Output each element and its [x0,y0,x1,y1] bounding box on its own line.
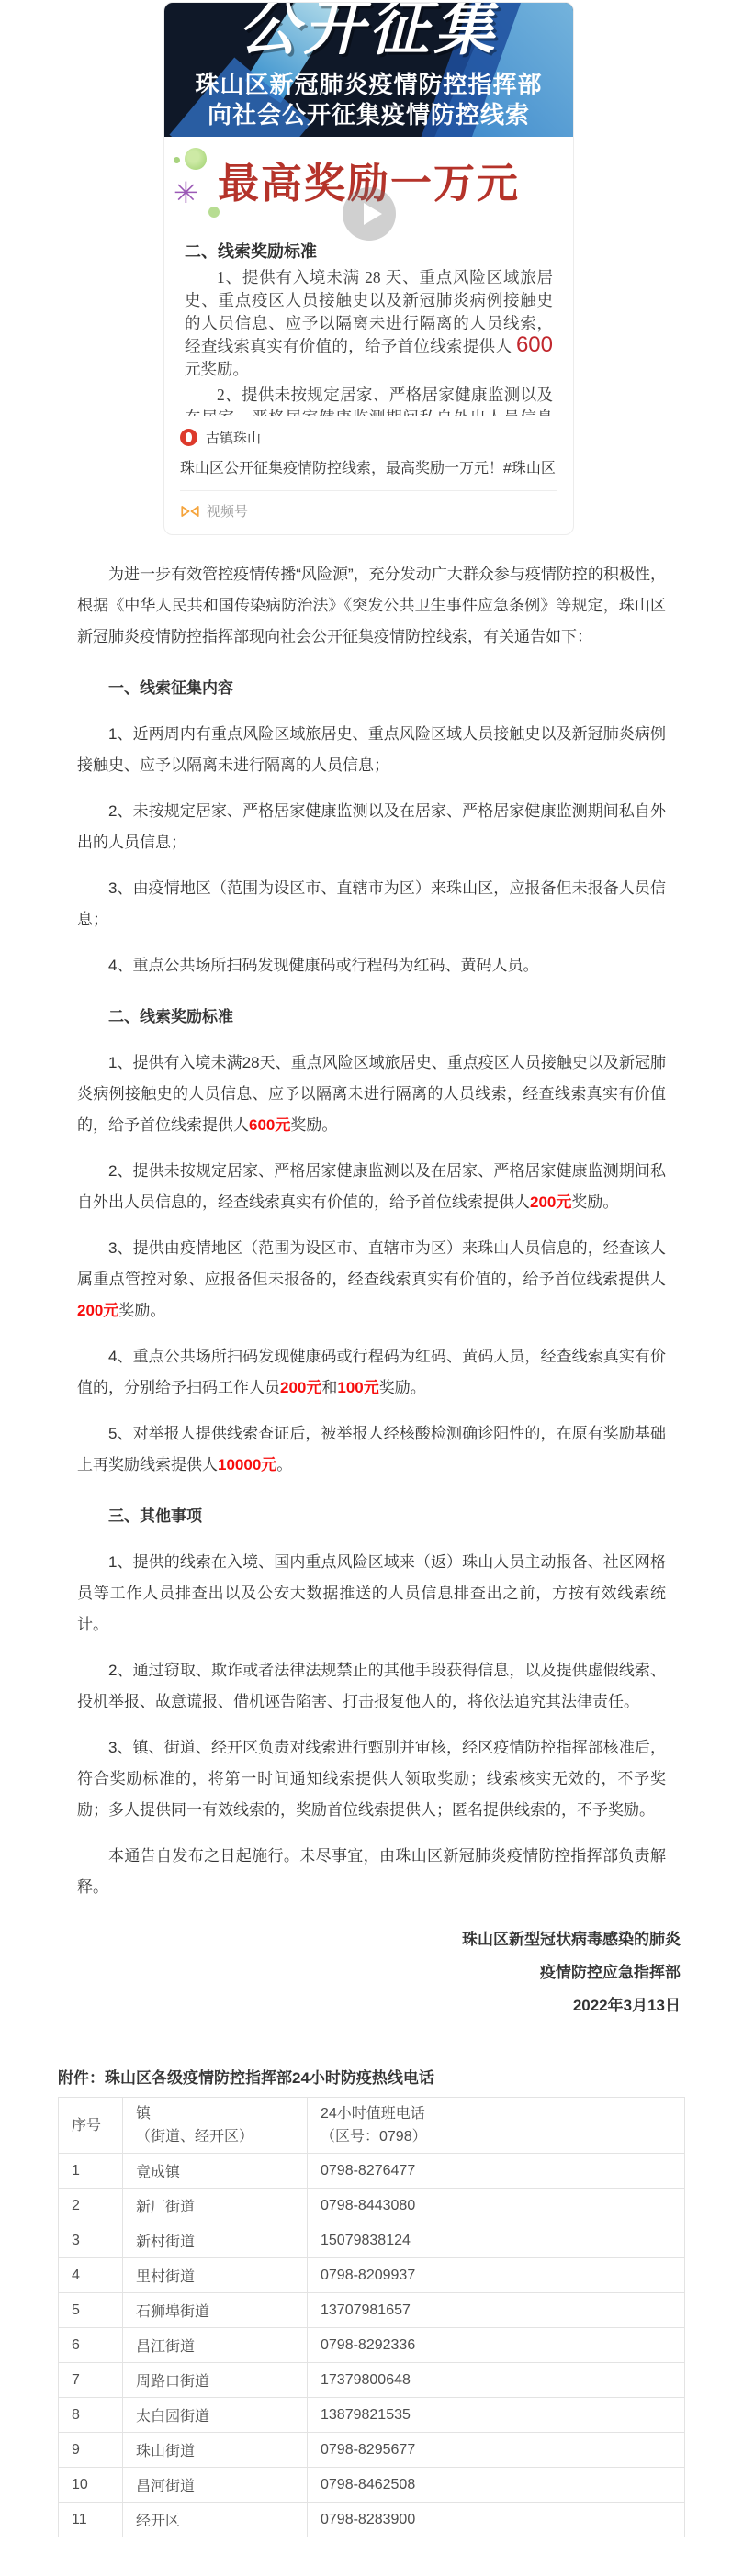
table-cell: 4 [59,2258,123,2293]
table-cell: 里村街道 [123,2258,308,2293]
table-row: 1竟成镇0798-8276477 [59,2154,685,2189]
table-cell: 0798-8283900 [308,2503,685,2537]
hotline-table: 序号镇（街道、经开区）24小时值班电话（区号：0798） 1竟成镇0798-82… [58,2097,685,2537]
poster-doc-heading: 二、线索奖励标准 [185,241,553,263]
video-title[interactable]: 珠山区公开征集疫情防控线索，最高奖励一万元！#珠山区 #景德镇... [180,456,557,477]
poster-doc-paragraph: 1、提供有入境未满 28 天、重点风险区域旅居史、重点疫区人员接触史以及新冠肺炎… [185,266,553,381]
table-cell: 经开区 [123,2503,308,2537]
text-segment: 。 [276,1456,292,1473]
table-cell: 2 [59,2189,123,2223]
table-cell: 7 [59,2363,123,2398]
table-cell: 6 [59,2328,123,2363]
text-segment: 1、提供有入境未满 28 天、重点风险区域旅居史、重点疫区人员接触史以及新冠肺炎… [185,268,553,355]
channel-entry[interactable]: 视频号 [180,501,557,521]
reward-amount: 10000元 [218,1456,276,1473]
table-row: 9珠山街道0798-8295677 [59,2433,685,2468]
table-cell: 0798-8295677 [308,2433,685,2468]
paragraph: 本通告自发布之日起施行。未尽事宜，由珠山区新冠肺炎疫情防控指挥部负责解释。 [77,1841,666,1903]
poster-header: 公开征集 珠山区新冠肺炎疫情防控指挥部 向社会公开征集疫情防控线索 [164,3,573,137]
text-segment: 1、近两周内有重点风险区域旅居史、重点风险区域人员接触史以及新冠肺炎病例接触史、… [77,725,666,774]
text-segment: 和 [321,1379,337,1396]
text-segment: 二、线索奖励标准 [108,1008,233,1025]
table-header-row: 序号镇（街道、经开区）24小时值班电话（区号：0798） [59,2098,685,2154]
poster-subtitle-2: 向社会公开征集疫情防控线索 [164,100,573,130]
section-heading: 一、线索征集内容 [77,673,666,704]
table-row: 8太白园街道13879821535 [59,2398,685,2433]
section-heading: 二、线索奖励标准 [77,1002,666,1033]
article-page: 公开征集 珠山区新冠肺炎疫情防控指挥部 向社会公开征集疫情防控线索 最高奖励一万… [0,2,743,2576]
reward-amount: 100元 [337,1379,378,1396]
table-cell: 昌江街道 [123,2328,308,2363]
card-divider [180,490,557,491]
video-card-info: 古镇珠山 珠山区公开征集疫情防控线索，最高奖励一万元！#珠山区 #景德镇... … [164,416,573,534]
signature-line: 疫情防控应急指挥部 [58,1956,681,1989]
article-content: 为进一步有效管控疫情传播“风险源”，充分发动广大群众参与疫情防控的积极性，根据《… [58,559,685,2537]
table-row: 7周路口街道17379800648 [59,2363,685,2398]
text-segment: 2、提供未按规定居家、严格居家健康监测以及在居家、严格居家健康监测期间私自外出人… [185,386,553,416]
table-cell: 5 [59,2293,123,2328]
table-cell: 0798-8462508 [308,2468,685,2503]
table-cell: 15079838124 [308,2223,685,2258]
paragraph: 2、通过窃取、欺诈或者法律法规禁止的其他手段获得信息，以及提供虚假线索、投机举报… [77,1655,666,1718]
text-segment: 为进一步有效管控疫情传播“风险源”，充分发动广大群众参与疫情防控的积极性，根据《… [77,566,666,645]
paragraph: 2、提供未按规定居家、严格居家健康监测以及在居家、严格居家健康监测期间私自外出人… [77,1156,666,1218]
poster-doc: 二、线索奖励标准 1、提供有入境未满 28 天、重点风险区域旅居史、重点疫区人员… [185,241,553,416]
table-cell: 0798-8292336 [308,2328,685,2363]
video-card[interactable]: 公开征集 珠山区新冠肺炎疫情防控指挥部 向社会公开征集疫情防控线索 最高奖励一万… [163,2,574,535]
text-segment: 5、对举报人提供线索查证后，被举报人经核酸检测确诊阳性的，在原有奖励基础上再奖励… [77,1425,666,1473]
text-segment: 本通告自发布之日起施行。未尽事宜，由珠山区新冠肺炎疫情防控指挥部负责解释。 [77,1847,666,1896]
article-body: 为进一步有效管控疫情传播“风险源”，充分发动广大群众参与疫情防控的积极性，根据《… [58,559,685,1903]
table-header-cell: 镇（街道、经开区） [123,2098,308,2154]
wechat-channels-icon [180,504,200,519]
bottom-spacer [0,2537,743,2576]
text-segment: 4、重点公共场所扫码发现健康码或行程码为红码、黄码人员。 [108,957,538,974]
table-cell: 珠山街道 [123,2433,308,2468]
text-segment: 奖励。 [290,1116,337,1134]
signature-block: 珠山区新型冠状病毒感染的肺炎疫情防控应急指挥部2022年3月13日 [58,1918,685,2022]
video-thumbnail: 公开征集 珠山区新冠肺炎疫情防控指挥部 向社会公开征集疫情防控线索 最高奖励一万… [164,3,573,416]
text-segment: 2、通过窃取、欺诈或者法律法规禁止的其他手段获得信息，以及提供虚假线索、投机举报… [77,1662,666,1710]
table-cell: 新村街道 [123,2223,308,2258]
paragraph: 3、提供由疫情地区（范围为设区市、直辖市为区）来珠山人员信息的，经查该人属重点管… [77,1233,666,1327]
paragraph: 4、重点公共场所扫码发现健康码或行程码为红码、黄码人员。 [77,950,666,981]
table-cell: 10 [59,2468,123,2503]
paragraph: 2、未按规定居家、严格居家健康监测以及在居家、严格居家健康监测期间私自外出的人员… [77,796,666,858]
table-cell: 17379800648 [308,2363,685,2398]
text-segment: 奖励。 [118,1302,165,1319]
table-cell: 13707981657 [308,2293,685,2328]
table-row: 6昌江街道0798-8292336 [59,2328,685,2363]
paragraph: 3、镇、街道、经开区负责对线索进行甄别并审核，经区疫情防控指挥部核准后，符合奖励… [77,1732,666,1826]
table-row: 4里村街道0798-8209937 [59,2258,685,2293]
poster-subtitle-1: 珠山区新冠肺炎疫情防控指挥部 [164,70,573,100]
signature-line: 2022年3月13日 [58,1989,681,2022]
text-segment: 3、由疫情地区（范围为设区市、直辖市为区）来珠山区，应报备但未报备人员信息； [77,879,666,928]
table-cell: 太白园街道 [123,2398,308,2433]
table-cell: 1 [59,2154,123,2189]
reward-amount: 200元 [77,1302,118,1319]
paragraph: 1、提供有入境未满28天、重点风险区域旅居史、重点疫区人员接触史以及新冠肺炎病例… [77,1047,666,1141]
poster-headline: 公开征集 [164,3,573,66]
table-cell: 0798-8276477 [308,2154,685,2189]
table-row: 2新厂街道0798-8443080 [59,2189,685,2223]
text-segment: 1、提供的线索在入境、国内重点风险区域来（返）珠山人员主动报备、社区网格员等工作… [77,1553,666,1633]
paragraph: 1、提供的线索在入境、国内重点风险区域来（返）珠山人员主动报备、社区网格员等工作… [77,1547,666,1641]
signature-line: 珠山区新型冠状病毒感染的肺炎 [58,1923,681,1956]
play-icon[interactable] [343,187,396,241]
reward-amount: 600 [516,332,553,357]
paragraph: 4、重点公共场所扫码发现健康码或行程码为红码、黄码人员，经查线索真实有价值的，分… [77,1341,666,1404]
poster-doc-paragraphs: 1、提供有入境未满 28 天、重点风险区域旅居史、重点疫区人员接触史以及新冠肺炎… [185,266,553,416]
table-cell: 9 [59,2433,123,2468]
table-cell: 13879821535 [308,2398,685,2433]
table-cell: 8 [59,2398,123,2433]
table-cell: 0798-8209937 [308,2258,685,2293]
table-header-cell: 24小时值班电话（区号：0798） [308,2098,685,2154]
account-row[interactable]: 古镇珠山 [180,428,557,447]
channel-label: 视频号 [207,501,248,521]
table-header: 序号镇（街道、经开区）24小时值班电话（区号：0798） [59,2098,685,2154]
table-header-cell: 序号 [59,2098,123,2154]
paragraph: 3、由疫情地区（范围为设区市、直辖市为区）来珠山区，应报备但未报备人员信息； [77,873,666,935]
reward-amount: 200元 [530,1193,571,1211]
table-cell: 石狮埠街道 [123,2293,308,2328]
text-segment: 奖励。 [571,1193,618,1211]
table-cell: 竟成镇 [123,2154,308,2189]
paragraph: 1、近两周内有重点风险区域旅居史、重点风险区域人员接触史以及新冠肺炎病例接触史、… [77,719,666,781]
virus-doodle-icon [172,146,223,225]
paragraph: 为进一步有效管控疫情传播“风险源”，充分发动广大群众参与疫情防控的积极性，根据《… [77,559,666,653]
text-segment: 元奖励。 [185,360,249,378]
text-segment: 一、线索征集内容 [108,679,233,697]
attachment-title: 附件：珠山区各级疫情防控指挥部24小时防疫热线电话 [58,2065,685,2088]
reward-amount: 600元 [249,1116,290,1134]
text-segment: 三、其他事项 [108,1507,202,1525]
text-segment: 1、提供有入境未满28天、重点风险区域旅居史、重点疫区人员接触史以及新冠肺炎病例… [77,1054,666,1134]
table-cell: 周路口街道 [123,2363,308,2398]
text-segment: 3、镇、街道、经开区负责对线索进行甄别并审核，经区疫情防控指挥部核准后，符合奖励… [77,1739,666,1819]
table-row: 5石狮埠街道13707981657 [59,2293,685,2328]
table-cell: 11 [59,2503,123,2537]
text-segment: 3、提供由疫情地区（范围为设区市、直辖市为区）来珠山人员信息的，经查该人属重点管… [77,1239,666,1288]
table-cell: 3 [59,2223,123,2258]
poster-doc-paragraph: 2、提供未按规定居家、严格居家健康监测以及在居家、严格居家健康监测期间私自外出人… [185,384,553,416]
table-row: 11经开区0798-8283900 [59,2503,685,2537]
account-name: 古镇珠山 [206,428,261,447]
table-cell: 0798-8443080 [308,2189,685,2223]
paragraph: 5、对举报人提供线索查证后，被举报人经核酸检测确诊阳性的，在原有奖励基础上再奖励… [77,1418,666,1481]
text-segment: 奖励。 [379,1379,426,1396]
text-segment: 2、未按规定居家、严格居家健康监测以及在居家、严格居家健康监测期间私自外出的人员… [77,802,666,851]
account-avatar [180,429,197,446]
table-cell: 昌河街道 [123,2468,308,2503]
reward-amount: 200元 [280,1379,321,1396]
section-heading: 三、其他事项 [77,1501,666,1532]
table-row: 3新村街道15079838124 [59,2223,685,2258]
table-body: 1竟成镇0798-82764772新厂街道0798-84430803新村街道15… [59,2154,685,2537]
table-cell: 新厂街道 [123,2189,308,2223]
table-row: 10昌河街道0798-8462508 [59,2468,685,2503]
